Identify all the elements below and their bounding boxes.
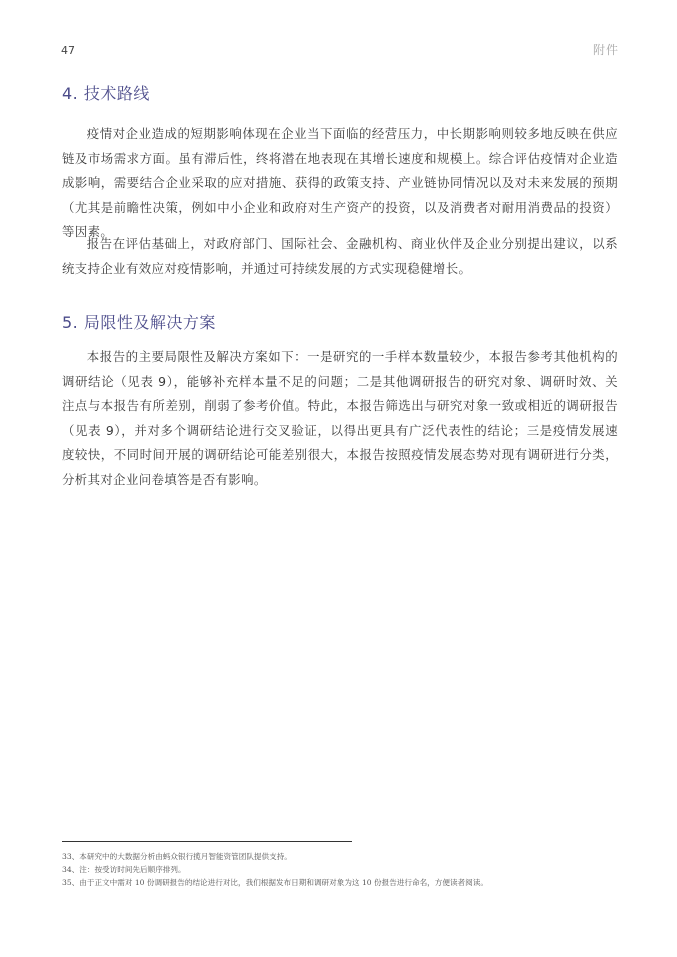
section-heading-limitations: 5. 局限性及解决方案 — [62, 310, 216, 333]
footnote-34: 34、注：按受访时间先后顺序排列。 — [62, 863, 622, 876]
section-heading-technical-route: 4. 技术路线 — [62, 81, 150, 104]
page-number: 47 — [61, 44, 75, 57]
paragraph-recommendations: 报告在评估基础上，对政府部门、国际社会、金融机构、商业伙伴及企业分别提出建议，以… — [62, 232, 618, 281]
footnotes: 33、本研究中的大数据分析由蚂众银行揽月智能资管团队提供支持。 34、注：按受访… — [62, 850, 622, 889]
footnote-35: 35、由于正文中需对 10 份调研报告的结论进行对比，我们根据发布日期和调研对象… — [62, 876, 622, 889]
section-label: 附件 — [593, 41, 619, 58]
footnote-divider — [62, 841, 352, 842]
paragraph-limitations: 本报告的主要局限性及解决方案如下：一是研究的一手样本数量较少，本报告参考其他机构… — [62, 345, 618, 492]
paragraph-short-long-term-impact: 疫情对企业造成的短期影响体现在企业当下面临的经营压力，中长期影响则较多地反映在供… — [62, 122, 618, 245]
footnote-33: 33、本研究中的大数据分析由蚂众银行揽月智能资管团队提供支持。 — [62, 850, 622, 863]
